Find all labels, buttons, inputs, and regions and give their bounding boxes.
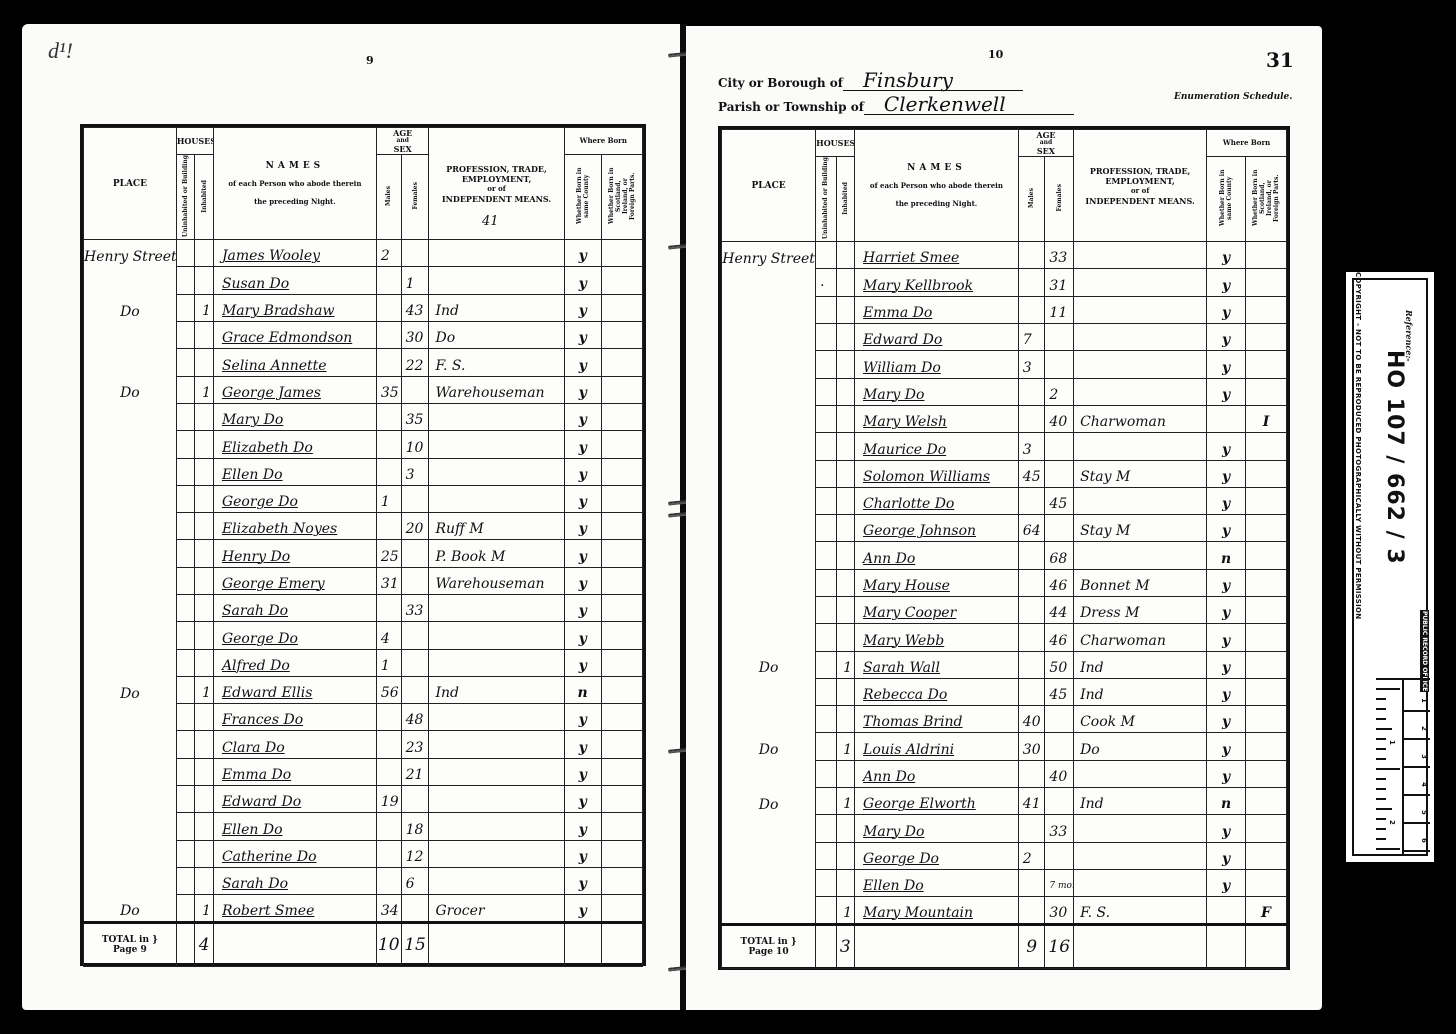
female-age: 40 [1045, 405, 1074, 432]
born-elsewhere [601, 513, 642, 540]
born-elsewhere [1246, 651, 1287, 678]
place-cell [722, 324, 816, 351]
occupation [429, 240, 564, 267]
col-where-born-header: Where Born [564, 128, 642, 155]
ruler-tick [1376, 748, 1386, 750]
female-age: 18 [401, 813, 429, 840]
born-elsewhere [1246, 296, 1287, 323]
place-cell [84, 649, 177, 676]
born-same-county: y [564, 431, 601, 458]
male-age [376, 731, 401, 758]
person-name: Ellen Do [213, 458, 376, 485]
person-name: Clara Do [213, 731, 376, 758]
born-elsewhere [601, 867, 642, 894]
col-born-elsewhere-header: Whether Born in Scotland, Ireland, or Fo… [601, 155, 642, 240]
uninhabited-cell [816, 405, 836, 432]
born-elsewhere [1246, 269, 1287, 296]
born-same-county: y [1207, 296, 1246, 323]
born-same-county: y [564, 786, 601, 813]
born-elsewhere [1246, 706, 1287, 733]
male-age: 3 [1018, 351, 1045, 378]
born-same-county: y [1207, 733, 1246, 760]
occupation [1074, 815, 1207, 842]
occupation: Charwoman [1074, 405, 1207, 432]
ruler-cm-label: 2 [1420, 726, 1428, 731]
born-elsewhere [601, 267, 642, 294]
inhabited-cell [195, 540, 214, 567]
place-cell [722, 760, 816, 787]
inhabited-cell [195, 322, 214, 349]
place-cell [84, 758, 177, 785]
born-same-county: y [564, 513, 601, 540]
ruler-cm-line [1402, 794, 1430, 796]
person-name: George Elworth [855, 788, 1019, 815]
measurement-ruler: 12123456 [1376, 678, 1430, 854]
male-age [376, 294, 401, 321]
born-same-county: y [564, 267, 601, 294]
male-age [1018, 542, 1045, 569]
ruler-tick [1376, 778, 1386, 780]
uninhabited-cell [816, 678, 836, 705]
inhabited-cell [195, 431, 214, 458]
born-same-county: y [1207, 842, 1246, 869]
person-name: Edward Ellis [213, 676, 376, 703]
born-same-county: y [1207, 596, 1246, 623]
parish-township-line: Parish or Township ofClerkenwell [718, 94, 1074, 115]
female-age [401, 567, 429, 594]
male-age: 2 [376, 240, 401, 267]
occupation: Ind [1074, 788, 1207, 815]
place-cell [722, 869, 816, 896]
person-name: George James [213, 376, 376, 403]
col-inhabited-header: Inhabited [195, 155, 214, 240]
place-cell [84, 704, 177, 731]
ruler-tick [1376, 738, 1386, 740]
place-cell [722, 897, 816, 924]
born-same-county: y [564, 458, 601, 485]
born-same-county: y [564, 240, 601, 267]
place-cell [722, 678, 816, 705]
margin-note: 41 [482, 214, 499, 229]
person-name: George Do [213, 622, 376, 649]
female-age [401, 622, 429, 649]
total-females: 16 [1045, 924, 1074, 968]
female-age: 3 [401, 458, 429, 485]
occupation [1074, 433, 1207, 460]
born-elsewhere [601, 567, 642, 594]
born-elsewhere [1246, 596, 1287, 623]
ruler-cm-label: 4 [1420, 782, 1428, 787]
place-cell [722, 569, 816, 596]
ruler-tick [1376, 848, 1400, 850]
col-males-header: Males [1018, 157, 1045, 242]
ruler-tick [1376, 688, 1400, 690]
place-cell [84, 267, 177, 294]
male-age: 35 [376, 376, 401, 403]
person-name: Frances Do [213, 704, 376, 731]
occupation [1074, 842, 1207, 869]
inhabited-cell [195, 403, 214, 430]
born-elsewhere [601, 485, 642, 512]
corner-annotation: d¹! [48, 38, 73, 64]
male-age [1018, 405, 1045, 432]
census-row: Henry StreetJames Wooley2y [84, 240, 643, 267]
ruler-tick [1376, 768, 1400, 770]
born-same-county: y [564, 758, 601, 785]
inhabited-cell [836, 460, 854, 487]
col-houses-header: HOUSES [176, 128, 213, 155]
inhabited-cell [836, 405, 854, 432]
born-elsewhere [601, 786, 642, 813]
born-same-county: y [1207, 624, 1246, 651]
female-age: 35 [401, 403, 429, 430]
left-census-table: PLACE HOUSES NAMES of each Person who ab… [80, 124, 646, 966]
uninhabited-cell [816, 815, 836, 842]
census-row: Charlotte Do45y [722, 487, 1287, 514]
person-name: Mary Bradshaw [213, 294, 376, 321]
female-age [401, 649, 429, 676]
inhabited-cell [836, 269, 854, 296]
inhabited-cell [195, 813, 214, 840]
male-age [376, 403, 401, 430]
place-cell [84, 622, 177, 649]
born-same-county: y [564, 840, 601, 867]
born-elsewhere [601, 594, 642, 621]
total-row: TOTAL in }Page 9 4 10 15 [84, 922, 643, 966]
uninhabited-cell [176, 458, 195, 485]
total-inhabited: 4 [195, 922, 214, 966]
born-same-county: y [564, 349, 601, 376]
census-row: Elizabeth Do10y [84, 431, 643, 458]
inhabited-cell [836, 542, 854, 569]
uninhabited-cell [816, 624, 836, 651]
person-name: Edward Do [213, 786, 376, 813]
uninhabited-cell [176, 594, 195, 621]
inhabited-cell [836, 378, 854, 405]
col-born-county-header: Whether Born in same County [564, 155, 601, 240]
person-name: Rebecca Do [855, 678, 1019, 705]
inhabited-cell [195, 485, 214, 512]
census-row: Mary Webb46Charwomany [722, 624, 1287, 651]
census-row: Clara Do23y [84, 731, 643, 758]
born-same-county: y [564, 322, 601, 349]
male-age: 56 [376, 676, 401, 703]
inhabited-cell [836, 842, 854, 869]
col-profession-header: PROFESSION, TRADE, EMPLOYMENT, or of IND… [1074, 130, 1207, 242]
census-row: Mary Do33y [722, 815, 1287, 842]
inhabited-cell [836, 706, 854, 733]
ruler-tick [1376, 758, 1386, 760]
right-page-number: 10 [988, 48, 1003, 61]
inhabited-cell [195, 622, 214, 649]
ruler-inch-label: 1 [1388, 740, 1396, 745]
inhabited-cell: 1 [836, 788, 854, 815]
female-age: 31 [1045, 269, 1074, 296]
place-cell [84, 731, 177, 758]
total-occupation-blank [1074, 924, 1207, 968]
person-name: Emma Do [855, 296, 1019, 323]
col-houses-header: HOUSES [816, 130, 855, 157]
person-name: Solomon Williams [855, 460, 1019, 487]
census-row: Catherine Do12y [84, 840, 643, 867]
uninhabited-cell [176, 622, 195, 649]
ruler-cm-line [1402, 850, 1430, 852]
place-cell: Henry Street [84, 240, 177, 267]
male-age: 41 [1018, 788, 1045, 815]
person-name: Emma Do [213, 758, 376, 785]
female-age: 21 [401, 758, 429, 785]
female-age [1045, 733, 1074, 760]
place-cell [84, 840, 177, 867]
uninhabited-cell [816, 242, 836, 269]
place-cell [722, 405, 816, 432]
census-row: Henry Do25P. Book My [84, 540, 643, 567]
place-cell [84, 540, 177, 567]
inhabited-cell [195, 758, 214, 785]
person-name: Henry Do [213, 540, 376, 567]
occupation [1074, 269, 1207, 296]
place-cell [84, 594, 177, 621]
place-cell [722, 378, 816, 405]
person-name: Mary Kellbrook [855, 269, 1019, 296]
col-names-header: NAMES of each Person who abode therein t… [213, 128, 376, 240]
census-row: Ellen Do7 monthsy [722, 869, 1287, 896]
place-cell [722, 815, 816, 842]
census-row: George Do1y [84, 485, 643, 512]
col-names-header: NAMES of each Person who abode therein t… [855, 130, 1019, 242]
occupation [1074, 351, 1207, 378]
born-elsewhere [1246, 815, 1287, 842]
born-same-county: y [1207, 706, 1246, 733]
male-age [376, 704, 401, 731]
female-age: 30 [1045, 897, 1074, 924]
census-row: Do1Robert Smee34Grocery [84, 895, 643, 922]
male-age [1018, 651, 1045, 678]
born-elsewhere [1246, 842, 1287, 869]
male-age: 64 [1018, 515, 1045, 542]
born-same-county: y [564, 294, 601, 321]
census-row: Solomon Williams45Stay My [722, 460, 1287, 487]
born-same-county: y [564, 485, 601, 512]
occupation [1074, 869, 1207, 896]
female-age: 33 [401, 594, 429, 621]
person-name: Ellen Do [213, 813, 376, 840]
inhabited-cell: 1 [195, 676, 214, 703]
male-age [1018, 624, 1045, 651]
occupation [429, 431, 564, 458]
census-row: Thomas Brind40Cook My [722, 706, 1287, 733]
female-age: 46 [1045, 569, 1074, 596]
born-same-county: y [564, 567, 601, 594]
male-age [376, 349, 401, 376]
born-same-county: y [564, 813, 601, 840]
col-uninhabited-header: Uninhabited or Building [176, 155, 195, 240]
census-row: Susan Do1y [84, 267, 643, 294]
born-elsewhere [601, 895, 642, 922]
person-name: William Do [855, 351, 1019, 378]
person-name: Mary Do [855, 378, 1019, 405]
born-elsewhere [601, 758, 642, 785]
born-same-county: y [1207, 351, 1246, 378]
male-age: 2 [1018, 842, 1045, 869]
female-age: 40 [1045, 760, 1074, 787]
person-name: George Emery [213, 567, 376, 594]
born-elsewhere [1246, 433, 1287, 460]
born-elsewhere [1246, 869, 1287, 896]
total-label: TOTAL in }Page 9 [84, 922, 177, 966]
born-elsewhere [1246, 515, 1287, 542]
total-males: 10 [376, 922, 401, 966]
born-same-county: y [564, 731, 601, 758]
place-cell: Do [722, 651, 816, 678]
person-name: Elizabeth Noyes [213, 513, 376, 540]
col-age-sex-header: AGE and SEX [1018, 130, 1073, 157]
male-age [376, 431, 401, 458]
born-elsewhere [601, 376, 642, 403]
female-age [401, 485, 429, 512]
reference-frame: Reference:- HO 107 / 662 / 3 PUBLIC RECO… [1352, 278, 1428, 856]
census-row: Mary Do2y [722, 378, 1287, 405]
born-same-county [1207, 405, 1246, 432]
born-elsewhere [1246, 487, 1287, 514]
born-same-county: y [1207, 869, 1246, 896]
ruler-tick [1376, 798, 1386, 800]
uninhabited-cell [816, 460, 836, 487]
uninhabited-cell [176, 485, 195, 512]
place-cell: Henry Street [722, 242, 816, 269]
born-elsewhere [601, 540, 642, 567]
uninhabited-cell [176, 322, 195, 349]
col-born-county-header: Whether Born in same County [1207, 157, 1246, 242]
uninhabited-cell: · [816, 269, 836, 296]
inhabited-cell [195, 458, 214, 485]
male-age [1018, 378, 1045, 405]
male-age [376, 513, 401, 540]
born-same-county: y [1207, 515, 1246, 542]
female-age: 7 months [1045, 869, 1074, 896]
inhabited-cell: 1 [836, 733, 854, 760]
female-age: 33 [1045, 242, 1074, 269]
ruler-tick [1376, 788, 1386, 790]
total-elsewhere-blank [601, 922, 642, 966]
born-same-county: y [564, 704, 601, 731]
female-age: 2 [1045, 378, 1074, 405]
person-name: Mary House [855, 569, 1019, 596]
uninhabited-cell [816, 378, 836, 405]
female-age [1045, 842, 1074, 869]
born-same-county: y [1207, 760, 1246, 787]
born-elsewhere [601, 431, 642, 458]
male-age [1018, 815, 1045, 842]
census-row: Selina Annette22F. S.y [84, 349, 643, 376]
born-elsewhere: F [1246, 897, 1287, 924]
male-age: 30 [1018, 733, 1045, 760]
col-females-header: Females [1045, 157, 1074, 242]
col-uninhabited-header: Uninhabited or Building [816, 157, 836, 242]
person-name: Ann Do [855, 542, 1019, 569]
inhabited-cell [836, 596, 854, 623]
place-cell [84, 458, 177, 485]
uninhabited-cell [816, 487, 836, 514]
uninhabited-cell [176, 567, 195, 594]
female-age [1045, 460, 1074, 487]
male-age: 25 [376, 540, 401, 567]
male-age [376, 867, 401, 894]
total-names-blank [213, 922, 376, 966]
person-name: Robert Smee [213, 895, 376, 922]
person-name: Mary Mountain [855, 897, 1019, 924]
occupation: Ruff M [429, 513, 564, 540]
person-name: Sarah Do [213, 867, 376, 894]
born-same-county: y [1207, 651, 1246, 678]
female-age [401, 895, 429, 922]
total-label: TOTAL in }Page 10 [722, 924, 816, 968]
person-name: Charlotte Do [855, 487, 1019, 514]
male-age [376, 758, 401, 785]
born-same-county: n [1207, 542, 1246, 569]
male-age [376, 840, 401, 867]
uninhabited-cell [176, 758, 195, 785]
person-name: Thomas Brind [855, 706, 1019, 733]
inhabited-cell [195, 704, 214, 731]
male-age: 40 [1018, 706, 1045, 733]
male-age [376, 322, 401, 349]
census-row: George Johnson64Stay My [722, 515, 1287, 542]
male-age: 31 [376, 567, 401, 594]
occupation: Bonnet M [1074, 569, 1207, 596]
person-name: Maurice Do [855, 433, 1019, 460]
born-elsewhere [1246, 569, 1287, 596]
uninhabited-cell [176, 403, 195, 430]
born-elsewhere [1246, 624, 1287, 651]
occupation [429, 704, 564, 731]
person-name: George Do [213, 485, 376, 512]
census-row: Do1George James35Warehousemany [84, 376, 643, 403]
uninhabited-cell [176, 649, 195, 676]
left-page-number: 9 [366, 54, 374, 67]
inhabited-cell [195, 513, 214, 540]
born-same-county: n [564, 676, 601, 703]
total-elsewhere-blank [1246, 924, 1287, 968]
city-value: Finsbury [843, 70, 1023, 91]
inhabited-cell [195, 786, 214, 813]
inhabited-cell [836, 351, 854, 378]
inhabited-cell [195, 567, 214, 594]
male-age [1018, 242, 1045, 269]
city-borough-line: City or Borough ofFinsbury [718, 70, 1023, 91]
female-age: 44 [1045, 596, 1074, 623]
male-age: 3 [1018, 433, 1045, 460]
ruler-tick [1376, 698, 1386, 700]
archive-reference-strip: Reference:- HO 107 / 662 / 3 PUBLIC RECO… [1344, 270, 1436, 864]
uninhabited-cell [816, 869, 836, 896]
uninhabited-cell [816, 596, 836, 623]
census-row: William Do3y [722, 351, 1287, 378]
female-age: 50 [1045, 651, 1074, 678]
place-cell [84, 867, 177, 894]
place-cell [84, 813, 177, 840]
occupation: Dress M [1074, 596, 1207, 623]
female-age [1045, 433, 1074, 460]
inhabited-cell [836, 624, 854, 651]
person-name: Mary Webb [855, 624, 1019, 651]
census-row: Emma Do11y [722, 296, 1287, 323]
census-row: ·Mary Kellbrook31y [722, 269, 1287, 296]
born-elsewhere [1246, 760, 1287, 787]
born-same-county: y [1207, 815, 1246, 842]
inhabited-cell: 1 [836, 897, 854, 924]
place-cell [722, 460, 816, 487]
